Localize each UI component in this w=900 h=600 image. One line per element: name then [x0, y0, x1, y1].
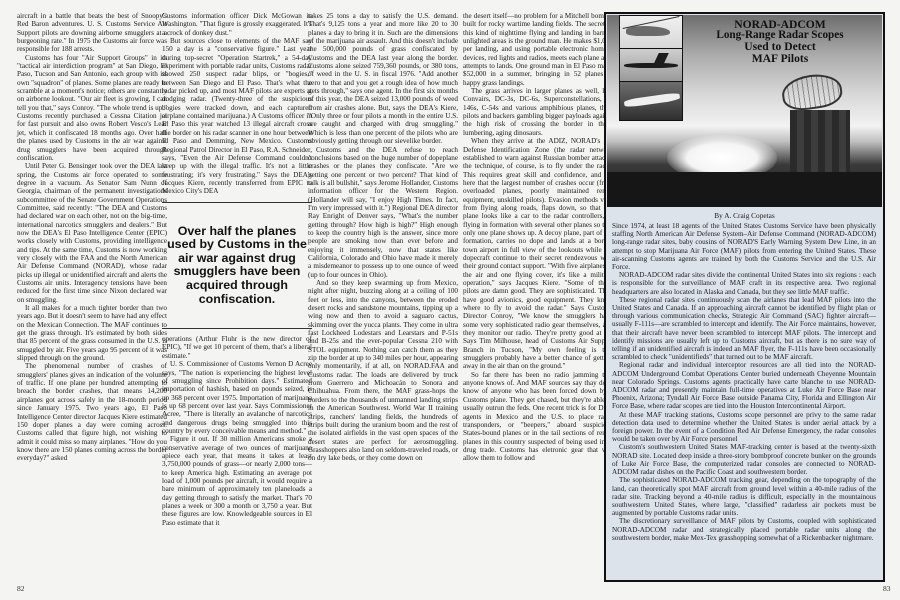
- headline-line-3: Used to Detect: [689, 41, 871, 52]
- skyline-silhouette: [607, 172, 882, 207]
- paragraph: Regional radar and individual intercepto…: [612, 361, 876, 410]
- paragraph: At these MAF tracking stations, Customs …: [612, 411, 876, 444]
- article-column-3: takes 25 tons a day to satisfy the U.S. …: [308, 12, 458, 463]
- radar-tower: [790, 110, 850, 180]
- paragraph: The discretionary surveillance of MAF pi…: [612, 517, 876, 542]
- paragraph: Custom's southwestern United States MAF-…: [612, 443, 876, 476]
- radar-dish-icon: [780, 71, 844, 113]
- paragraph: takes 25 tons a day to satisfy the U.S. …: [308, 12, 458, 146]
- paragraph: Since 1974, at least 18 agents of the Un…: [612, 222, 876, 271]
- article-column-4: the desert itself—no problem for a Mitch…: [463, 12, 613, 463]
- paragraph: NORAD-ADCOM radar sites divide the conti…: [612, 271, 876, 296]
- paragraph: Customs information officer Dick McGowan…: [162, 12, 312, 37]
- article-column-2: Customs information officer Dick McGowan…: [162, 12, 312, 527]
- paragraph: Customs and the DEA refuse to reach conc…: [308, 146, 458, 280]
- paragraph: The phenomenal number of crashes of smug…: [17, 362, 167, 462]
- page-number-right: 83: [883, 584, 891, 593]
- helicopter-icon: [626, 26, 670, 36]
- plane-icon: [624, 92, 681, 108]
- paragraph: But sources close to elements of the MAF…: [162, 37, 312, 196]
- paragraph: When they arrive at the ADIZ, NORAD's Ai…: [463, 137, 613, 371]
- sidebar-box: NORAD-ADCOM Long-Range Radar Scopes Used…: [604, 12, 885, 582]
- sidebar-headline: NORAD-ADCOM Long-Range Radar Scopes Used…: [689, 19, 871, 64]
- paragraph: The sophisticated NORAD-ADCOM tracking g…: [612, 476, 876, 517]
- helicopter-inset-photo: [619, 15, 683, 49]
- byline: By A. Craig Copetas: [606, 211, 883, 220]
- paragraph: It all makes for a much tighter border t…: [17, 304, 167, 362]
- jet-icon: [624, 63, 678, 68]
- paragraph: operations (Arthur Fluhr is the new dire…: [162, 335, 312, 360]
- paragraph: And so they keep swarming up from Mexico…: [308, 279, 458, 463]
- paragraph: U. S. Commissioner of Customs Vernon D A…: [162, 360, 312, 435]
- pull-quote: Over half the planes used by Customs in …: [162, 202, 312, 330]
- plane-inset-photo: [619, 81, 683, 121]
- paragraph: Customs has four "Air Support Groups" in…: [17, 54, 167, 162]
- paragraph: aircraft in a battle that beats the best…: [17, 12, 167, 54]
- paragraph: These regional radar sites continuously …: [612, 296, 876, 362]
- paragraph: Figure it out. If 30 million Americans s…: [162, 435, 312, 527]
- article-column-1: aircraft in a battle that beats the best…: [17, 12, 167, 463]
- paragraph: Until Peter G. Bensinger took over the D…: [17, 162, 167, 304]
- radar-photo: NORAD-ADCOM Long-Range Radar Scopes Used…: [607, 15, 882, 207]
- jet-inset-photo: [619, 48, 683, 82]
- headline-line-4: MAF Pilots: [689, 53, 871, 64]
- paragraph: The grass arrives in larger planes as we…: [463, 87, 613, 137]
- paragraph: So far there has been no radio jamming t…: [463, 371, 613, 463]
- sidebar-body: Since 1974, at least 18 agents of the Un…: [612, 222, 876, 542]
- paragraph: the desert itself—no problem for a Mitch…: [463, 12, 613, 87]
- page-number-left: 82: [17, 584, 25, 593]
